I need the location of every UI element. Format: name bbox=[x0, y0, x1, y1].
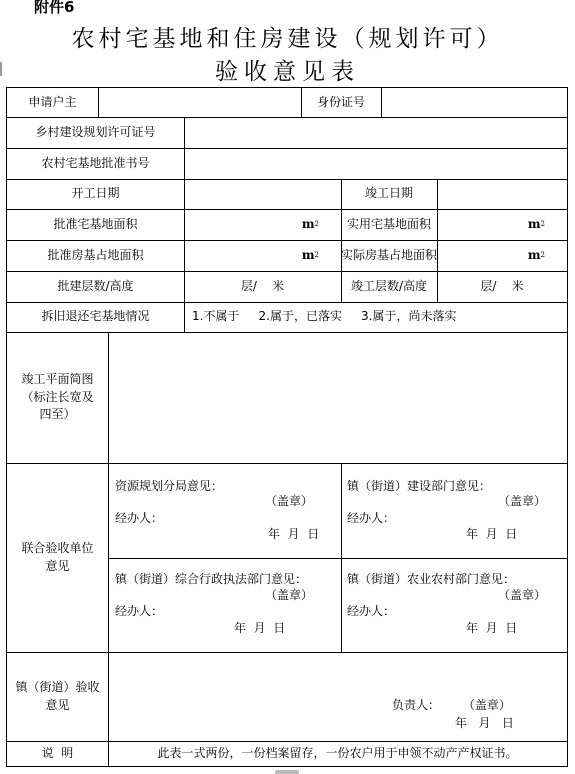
area-unit-sup: 2 bbox=[541, 250, 545, 260]
handler-label: 经办人： bbox=[347, 509, 395, 526]
joint-inspection-label: 联合验收单位意见 bbox=[6, 463, 109, 653]
responsible-seal-label: 负责人： （盖章） bbox=[392, 696, 511, 713]
approved-floors-label: 批建层数/高度 bbox=[6, 271, 185, 303]
page-scroll-handle[interactable] bbox=[275, 770, 299, 774]
finished-floors-field[interactable]: 层/ 米 bbox=[437, 271, 568, 303]
id-label: 身份证号 bbox=[301, 87, 382, 118]
page-title: 农村宅基地和住房建设（规划许可） bbox=[0, 20, 575, 53]
actual-house-area-field[interactable]: m2 bbox=[437, 240, 568, 272]
approval-field[interactable] bbox=[184, 148, 568, 180]
note-text: 此表一式两份，一份档案留存，一份农户用于申领不动产产权证书。 bbox=[108, 741, 568, 767]
opinion-title: 镇（街道）农业农村部门意见： bbox=[347, 570, 515, 587]
id-field[interactable] bbox=[381, 87, 568, 118]
approved-site-area-field[interactable]: m2 bbox=[184, 209, 342, 241]
area-unit: m bbox=[302, 216, 315, 233]
seal-label: （盖章） bbox=[498, 586, 546, 603]
page-edge-marker bbox=[0, 62, 2, 76]
seal-label: （盖章） bbox=[265, 586, 313, 603]
handler-label: 经办人： bbox=[347, 602, 395, 619]
permit-field[interactable] bbox=[184, 117, 568, 149]
applicant-field[interactable] bbox=[98, 87, 302, 118]
area-unit: m bbox=[528, 247, 541, 264]
start-date-label: 开工日期 bbox=[6, 179, 185, 210]
handler-label: 经办人： bbox=[115, 602, 163, 619]
area-unit-sup: 2 bbox=[315, 250, 319, 260]
approval-label: 农村宅基地批准书号 bbox=[6, 148, 185, 180]
note-label: 说 明 bbox=[6, 741, 109, 767]
area-unit-sup: 2 bbox=[541, 219, 545, 229]
opinion-title: 镇（街道）建设部门意见： bbox=[347, 477, 491, 494]
seal-label: （盖章） bbox=[498, 492, 546, 509]
handler-label: 经办人： bbox=[115, 509, 163, 526]
applicant-label: 申请户主 bbox=[6, 87, 99, 118]
seal-label: （盖章） bbox=[265, 492, 313, 509]
start-date-field[interactable] bbox=[184, 179, 342, 210]
opinion-title: 镇（街道）综合行政执法部门意见： bbox=[115, 570, 307, 587]
demolish-options[interactable]: 1.不属于 2.属于，已落实 3.属于，尚未落实 bbox=[184, 302, 568, 333]
date-label: 年 月 日 bbox=[466, 525, 517, 542]
page-subtitle: 验收意见表 bbox=[0, 53, 575, 86]
plan-sketch-area[interactable] bbox=[108, 332, 568, 464]
approved-house-area-label: 批准房基占地面积 bbox=[6, 240, 185, 272]
town-acceptance-label: 镇（街道）验收意见 bbox=[6, 652, 109, 742]
town-date-label: 年 月 日 bbox=[455, 714, 514, 731]
opinion-title: 资源规划分局意见： bbox=[115, 477, 223, 494]
approved-house-area-field[interactable]: m2 bbox=[184, 240, 342, 272]
finish-date-field[interactable] bbox=[437, 179, 568, 210]
approved-floors-field[interactable]: 层/ 米 bbox=[184, 271, 342, 303]
attachment-label: 附件6 bbox=[34, 0, 74, 17]
area-unit-sup: 2 bbox=[315, 219, 319, 229]
approved-site-area-label: 批准宅基地面积 bbox=[6, 209, 185, 241]
permit-label: 乡村建设规划许可证号 bbox=[6, 117, 185, 149]
area-unit: m bbox=[302, 247, 315, 264]
plan-sketch-label: 竣工平面简图（标注长宽及四至） bbox=[6, 332, 109, 464]
date-label: 年 月 日 bbox=[268, 525, 319, 542]
finish-date-label: 竣工日期 bbox=[341, 179, 438, 210]
actual-site-area-label: 实用宅基地面积 bbox=[341, 209, 438, 241]
demolish-label: 拆旧退还宅基地情况 bbox=[6, 302, 185, 333]
date-label: 年 月 日 bbox=[466, 619, 517, 636]
finished-floors-label: 竣工层数/高度 bbox=[341, 271, 438, 303]
actual-house-area-label: 实际房基占地面积 bbox=[341, 240, 438, 272]
actual-site-area-field[interactable]: m2 bbox=[437, 209, 568, 241]
area-unit: m bbox=[528, 216, 541, 233]
date-label: 年 月 日 bbox=[234, 619, 285, 636]
